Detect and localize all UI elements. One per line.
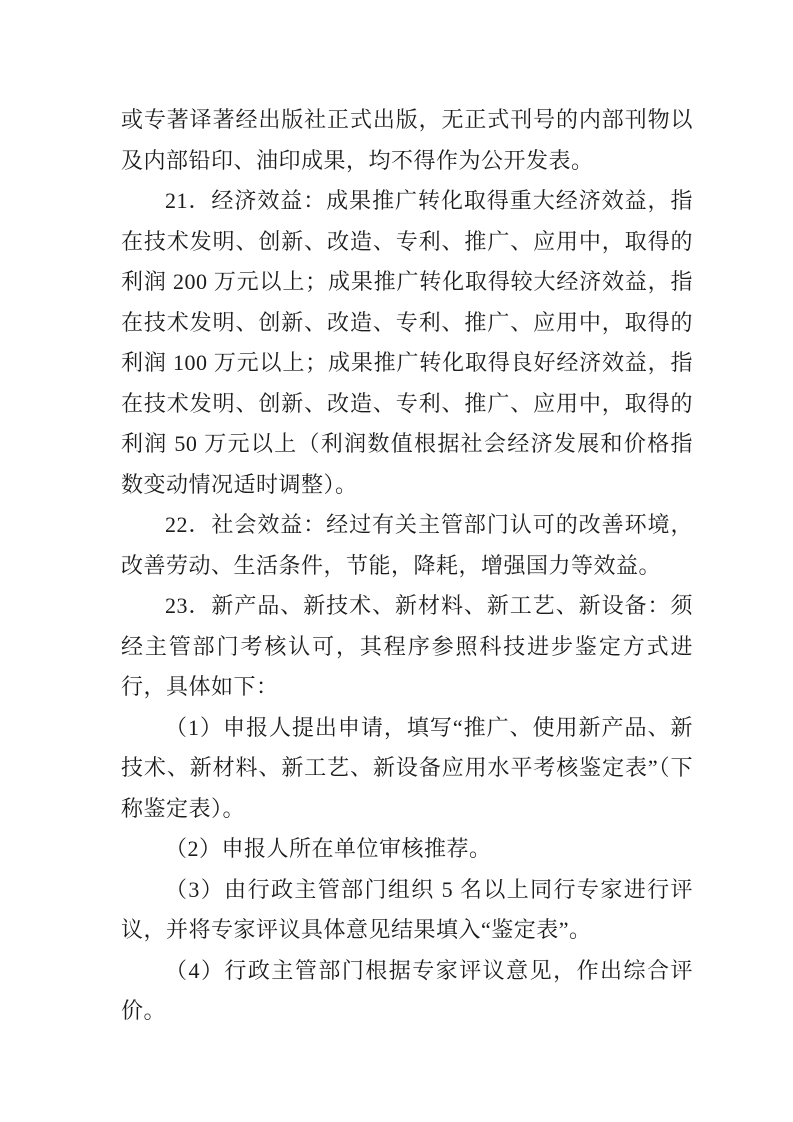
paragraph-continuation: 或专著译著经出版社正式出版，无正式刊号的内部刊物以及内部铅印、油印成果，均不得作…: [121, 100, 693, 181]
paragraph-item-22-social-benefit: 22．社会效益：经过有关主管部门认可的改善环境，改善劳动、生活条件，节能，降耗，…: [121, 505, 693, 586]
paragraph-sub-item-3: （3）由行政主管部门组织 5 名以上同行专家进行评议，并将专家评议具体意见结果填…: [121, 870, 693, 951]
paragraph-item-21-economic-benefit: 21．经济效益：成果推广转化取得重大经济效益，指在技术发明、创新、改造、专利、推…: [121, 181, 693, 505]
document-body: 或专著译著经出版社正式出版，无正式刊号的内部刊物以及内部铅印、油印成果，均不得作…: [121, 100, 693, 1032]
paragraph-sub-item-2: （2）申报人所在单位审核推荐。: [121, 829, 693, 870]
paragraph-item-23-new-products: 23．新产品、新技术、新材料、新工艺、新设备：须经主管部门考核认可，其程序参照科…: [121, 586, 693, 708]
paragraph-sub-item-1: （1）申报人提出申请，填写“推广、使用新产品、新技术、新材料、新工艺、新设备应用…: [121, 708, 693, 830]
document-page: 或专著译著经出版社正式出版，无正式刊号的内部刊物以及内部铅印、油印成果，均不得作…: [0, 0, 793, 1122]
paragraph-sub-item-4: （4）行政主管部门根据专家评议意见，作出综合评价。: [121, 951, 693, 1032]
